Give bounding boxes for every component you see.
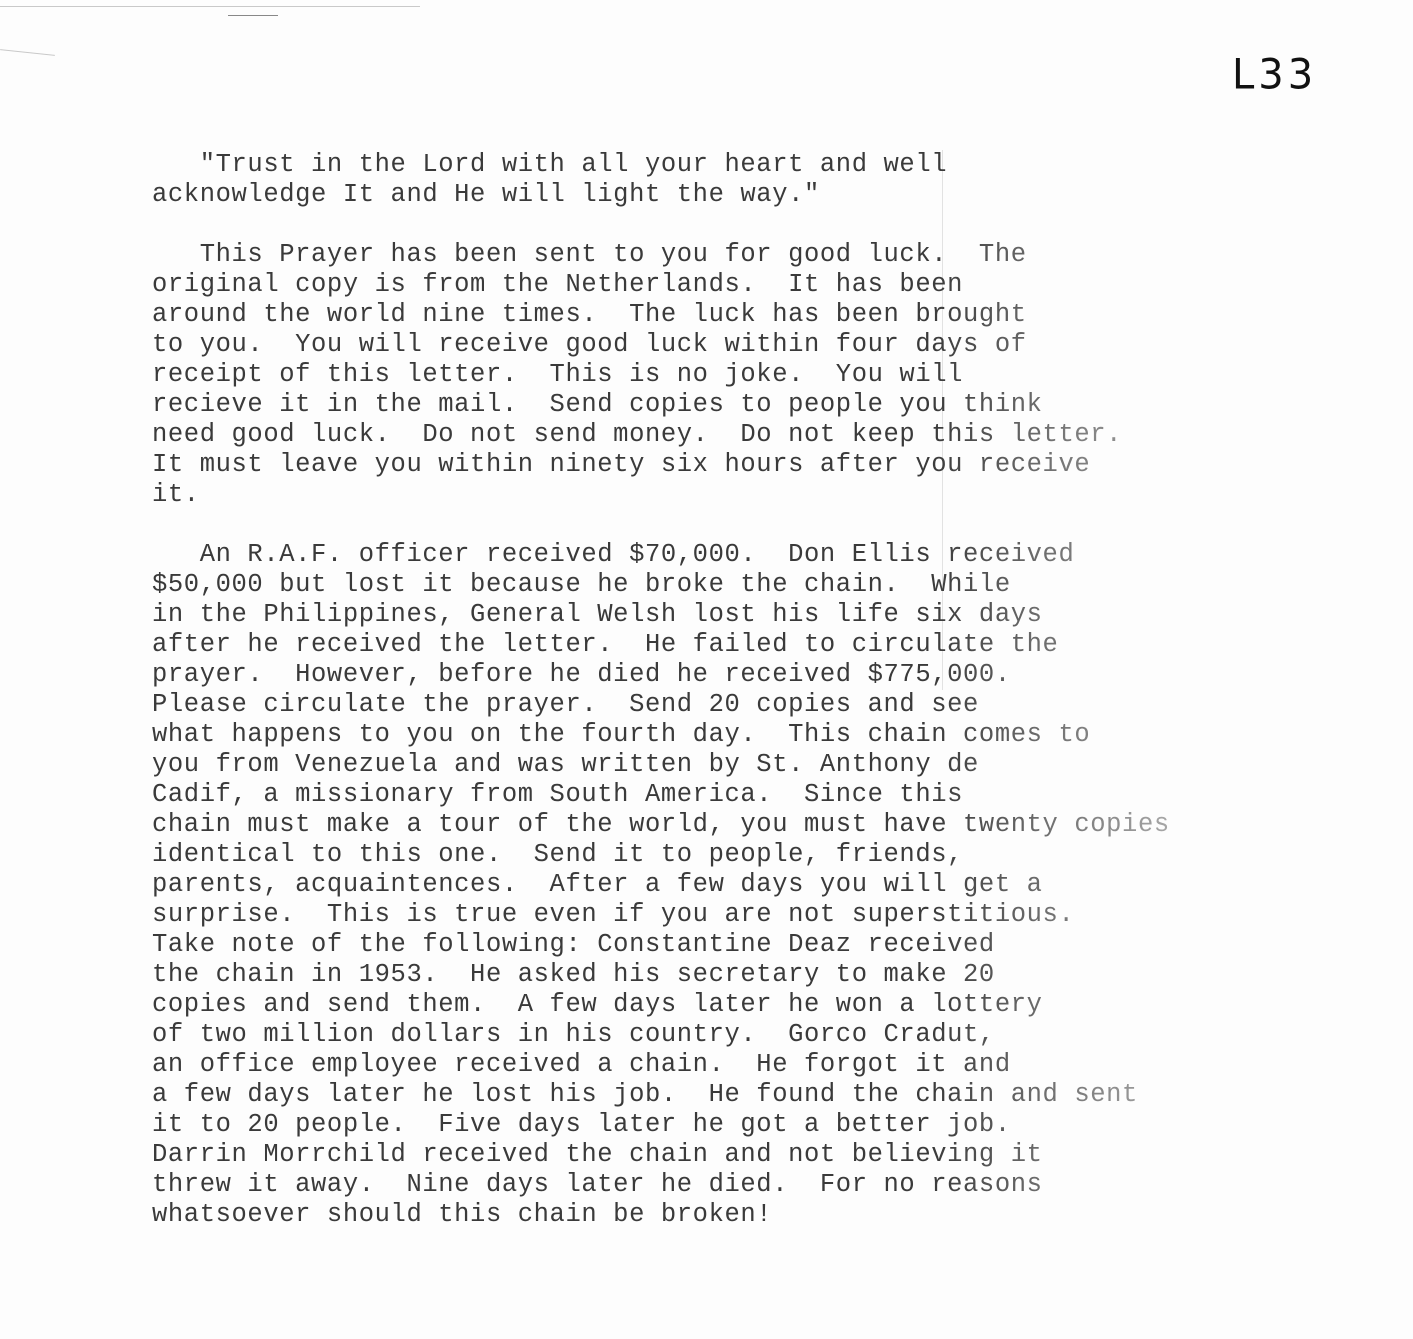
text-line: identical to this one. Send it to people… [152, 840, 1352, 870]
text-line: prayer. However, before he died he recei… [152, 660, 1352, 690]
paragraph-chain-stories: An R.A.F. officer received $70,000. Don … [152, 540, 1352, 1230]
text-line: what happens to you on the fourth day. T… [152, 720, 1352, 750]
scan-artifact-top [0, 6, 420, 7]
letter-body: "Trust in the Lord with all your heart a… [152, 150, 1352, 1260]
text-line: acknowledge It and He will light the way… [152, 180, 1352, 210]
text-line: original copy is from the Netherlands. I… [152, 270, 1352, 300]
text-line: recieve it in the mail. Send copies to p… [152, 390, 1352, 420]
text-line: in the Philippines, General Welsh lost h… [152, 600, 1352, 630]
text-line: an office employee received a chain. He … [152, 1050, 1352, 1080]
text-line: $50,000 but lost it because he broke the… [152, 570, 1352, 600]
paragraph-prayer-origin: This Prayer has been sent to you for goo… [152, 240, 1352, 510]
text-line: chain must make a tour of the world, you… [152, 810, 1352, 840]
scan-artifact-left [0, 49, 55, 56]
page-identifier: L33 [1232, 51, 1317, 99]
text-line: to you. You will receive good luck withi… [152, 330, 1352, 360]
text-line: it. [152, 480, 1352, 510]
text-line: Cadif, a missionary from South America. … [152, 780, 1352, 810]
text-line: "Trust in the Lord with all your heart a… [152, 150, 1352, 180]
text-line: after he received the letter. He failed … [152, 630, 1352, 660]
text-line: the chain in 1953. He asked his secretar… [152, 960, 1352, 990]
text-line: Take note of the following: Constantine … [152, 930, 1352, 960]
text-line: It must leave you within ninety six hour… [152, 450, 1352, 480]
opening-quote: "Trust in the Lord with all your heart a… [152, 150, 1352, 210]
text-line: receipt of this letter. This is no joke.… [152, 360, 1352, 390]
text-line: An R.A.F. officer received $70,000. Don … [152, 540, 1352, 570]
text-line: of two million dollars in his country. G… [152, 1020, 1352, 1050]
text-line: Darrin Morrchild received the chain and … [152, 1140, 1352, 1170]
text-line: parents, acquaintences. After a few days… [152, 870, 1352, 900]
text-line: surprise. This is true even if you are n… [152, 900, 1352, 930]
scanned-page: L33 "Trust in the Lord with all your hea… [0, 0, 1413, 1339]
text-line: around the world nine times. The luck ha… [152, 300, 1352, 330]
text-line: Please circulate the prayer. Send 20 cop… [152, 690, 1352, 720]
text-line: you from Venezuela and was written by St… [152, 750, 1352, 780]
text-line: This Prayer has been sent to you for goo… [152, 240, 1352, 270]
text-line: a few days later he lost his job. He fou… [152, 1080, 1352, 1110]
text-line: threw it away. Nine days later he died. … [152, 1170, 1352, 1200]
text-line: it to 20 people. Five days later he got … [152, 1110, 1352, 1140]
text-line: need good luck. Do not send money. Do no… [152, 420, 1352, 450]
text-line: copies and send them. A few days later h… [152, 990, 1352, 1020]
text-line: whatsoever should this chain be broken! [152, 1200, 1352, 1230]
scan-artifact-smudge [228, 15, 278, 16]
